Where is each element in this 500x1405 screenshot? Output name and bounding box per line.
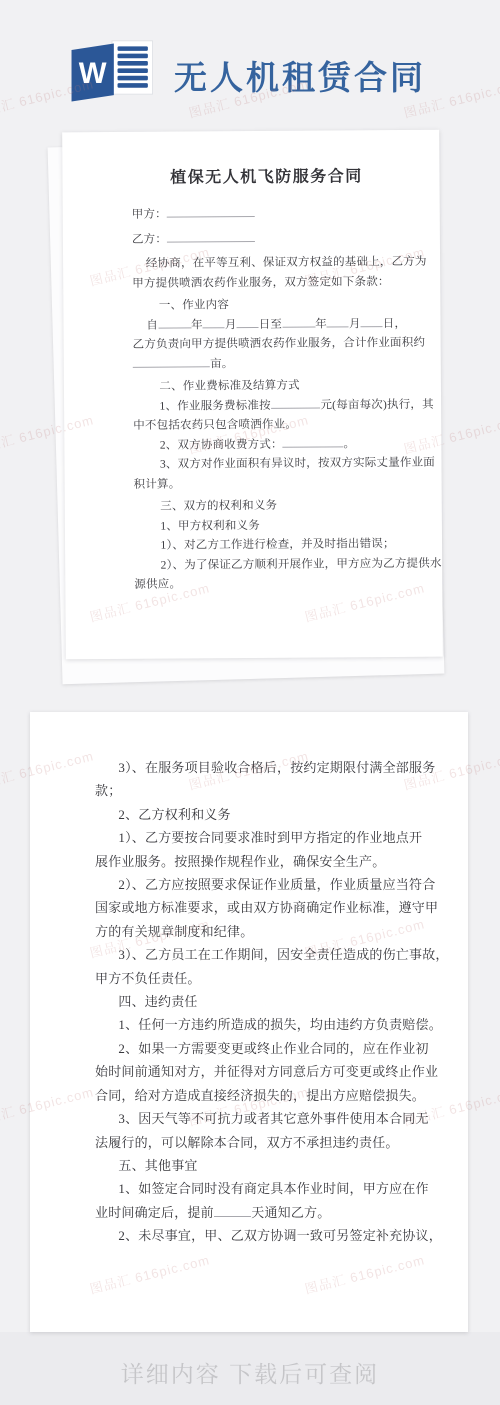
contract-line: 亩。 [133, 353, 403, 374]
blank-underline [237, 316, 259, 327]
contract-body-page-1: 甲方：乙方：经协商，在平等互利、保证双方权益的基础上，乙方为甲方提供喷洒农药作业… [132, 204, 405, 595]
contract-line: 2）、乙方应按照要求保证作业质量，作业质量应当符合 [95, 873, 433, 896]
contract-line: 2、如果一方需要变更或终止作业合同的，应在作业初 [95, 1037, 433, 1060]
contract-line: 3、双方对作业面积有异议时，按双方实际丈量作业面 [133, 454, 403, 475]
footer-note: 详细内容 下载后可查阅 [0, 1356, 500, 1389]
contract-line: 3、因天气等不可抗力或者其它意外事件使用本合同无 [95, 1107, 433, 1130]
blank-underline [214, 1204, 251, 1217]
contract-line: 业时间确定后，提前天通知乙方。 [95, 1201, 433, 1224]
svg-text:W: W [79, 57, 107, 90]
contract-line: 1、甲方权利和义务 [134, 515, 404, 536]
contract-body-page-2: 3）、在服务项目验收合格后，按约定期限付满全部服务款；2、乙方权利和义务1）、乙… [95, 756, 433, 1248]
contract-line: 3）、乙方员工在工作期间，因安全责任造成的伤亡事故， [95, 943, 433, 966]
contract-line: 四、违约责任 [95, 990, 433, 1013]
contract-line: 2、乙方权利和义务 [95, 803, 433, 826]
contract-line: 经协商，在平等互利、保证双方权益的基础上，乙方为 [132, 253, 402, 274]
contract-line: 1）、对乙方工作进行检查，并及时指出错误； [134, 535, 404, 556]
contract-line: 展作业服务。按照操作规程作业，确保安全生产。 [95, 850, 433, 873]
contract-line: 1、如签定合同时没有商定具本作业时间，甲方应在作 [95, 1177, 433, 1200]
blank-underline [361, 315, 383, 326]
contract-line: 甲方不负任责任。 [95, 967, 433, 990]
contract-line: 三、双方的权利和义务 [134, 496, 404, 517]
preview-canvas: W 无人机租赁合同 植保无人机飞防服务合同 甲方：乙方：经协商，在平等互利、保证… [0, 0, 500, 1405]
contract-line: 甲方提供喷洒农药作业服务，双方签定如下条款： [132, 272, 402, 293]
contract-line: 甲方： [132, 204, 402, 225]
contract-line: 3）、在服务项目验收合格后，按约定期限付满全部服务 [95, 756, 433, 779]
contract-line: 2、双方协商收费方式：。 [133, 434, 403, 455]
blank-underline [158, 317, 191, 329]
contract-line: 乙方： [132, 228, 402, 249]
contract-line: 1、任何一方违约所造成的损失，均由违约方负责赔偿。 [95, 1013, 433, 1036]
blank-underline [133, 355, 210, 367]
contract-line: 积计算。 [134, 473, 404, 494]
contract-line: 合同，给对方造成直接经济损失的，提出方应赔偿损失。 [95, 1084, 433, 1107]
word-icon: W [66, 36, 158, 115]
contract-line: 1、作业服务费标准按元(每亩每次)执行，其 [133, 395, 403, 416]
document-page-1[interactable]: 植保无人机飞防服务合同 甲方：乙方：经协商，在平等互利、保证双方权益的基础上，乙… [62, 130, 443, 660]
contract-line: 国家或地方标准要求，或由双方协商确定作业标准，遵守甲 [95, 896, 433, 919]
contract-line: 方的有关规章制度和纪律。 [95, 920, 433, 943]
contract-title: 植保无人机飞防服务合同 [131, 163, 401, 188]
blank-underline [167, 230, 255, 242]
contract-line: 2、未尽事宜，甲、乙双方协调一致可另签定补充协议， [95, 1224, 433, 1247]
blank-underline [271, 397, 321, 409]
contract-line: 乙方负责向甲方提供喷洒农药作业服务，合计作业面积约 [133, 334, 403, 355]
blank-underline [282, 316, 315, 328]
contract-line: 中不包括农药只包含喷洒作业。 [133, 415, 403, 436]
contract-line: 一、作业内容 [132, 295, 402, 316]
contract-line: 款； [95, 779, 433, 802]
blank-underline [203, 316, 225, 327]
contract-line: 始时间前通知对方，并征得对方同意后方可变更或终止作业 [95, 1060, 433, 1083]
contract-line: 法履行的，可以解除本合同，双方不承担违约责任。 [95, 1131, 433, 1154]
page-title: 无人机租赁合同 [174, 52, 426, 99]
contract-line: 源供应。 [134, 574, 404, 595]
contract-line: 自年月日至年月日， [132, 314, 402, 335]
blank-underline [327, 315, 349, 326]
contract-line: 1）、乙方要按合同要求准时到甲方指定的作业地点开 [95, 826, 433, 849]
blank-underline [283, 436, 344, 448]
contract-line: 五、其他事宜 [95, 1154, 433, 1177]
document-page-2[interactable]: 3）、在服务项目验收合格后，按约定期限付满全部服务款；2、乙方权利和义务1）、乙… [30, 712, 468, 1332]
header: W 无人机租赁合同 [66, 36, 426, 115]
contract-line: 二、作业费标准及结算方式 [133, 376, 403, 397]
contract-line: 2）、为了保证乙方顺利开展作业，甲方应为乙方提供水 [134, 554, 404, 575]
blank-underline [167, 206, 255, 218]
